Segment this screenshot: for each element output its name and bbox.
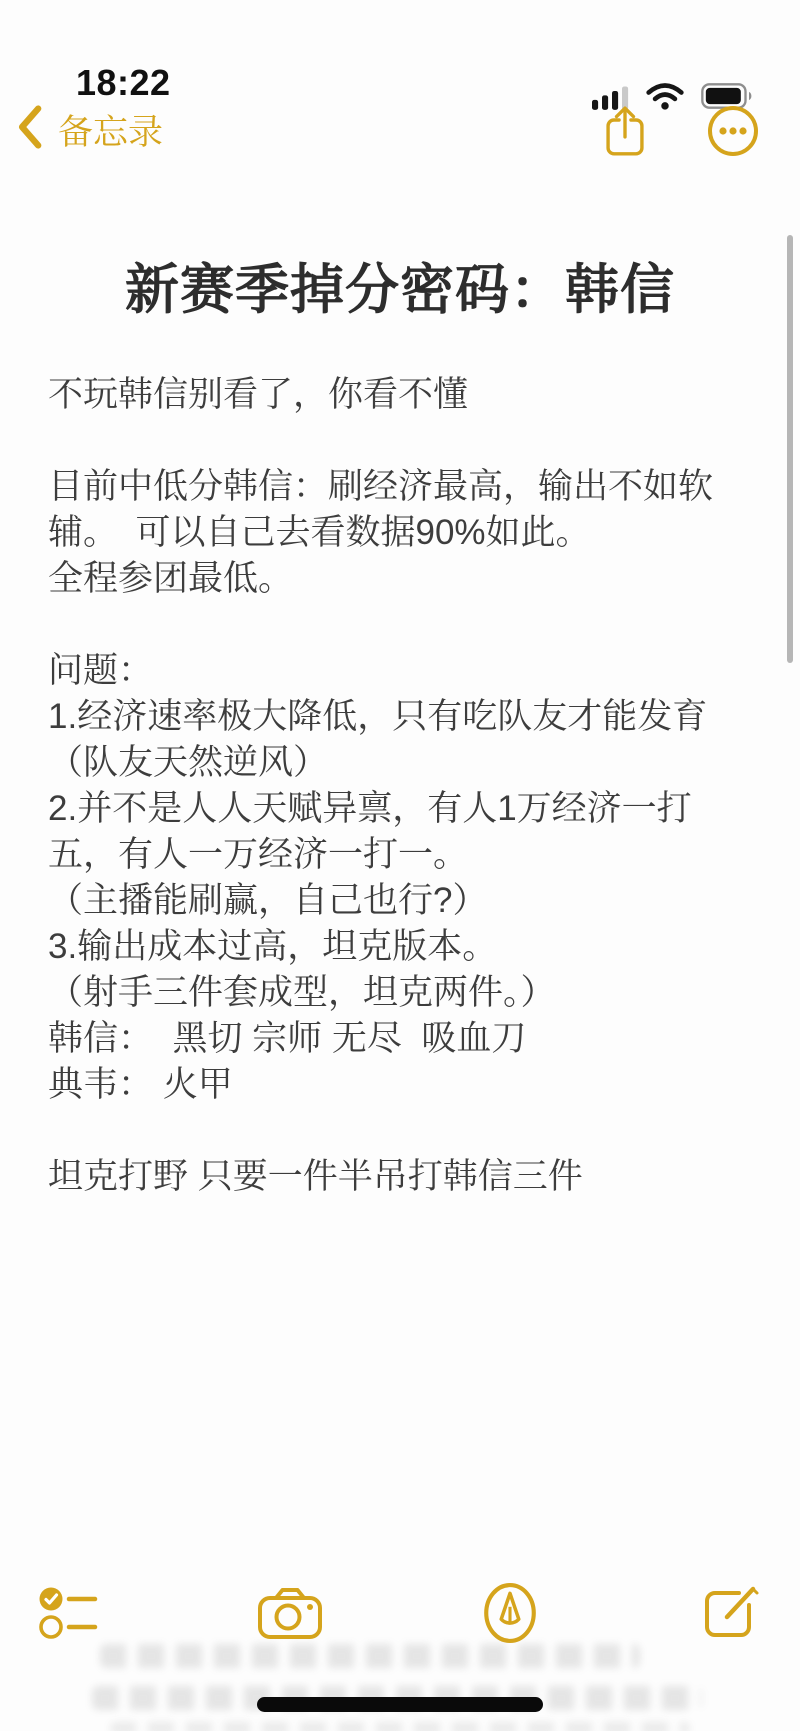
status-bar: 18:22 [0, 30, 800, 100]
home-indicator[interactable] [257, 1697, 543, 1712]
more-ellipsis-circle-icon [707, 105, 759, 162]
note-line: 辅。 可以自己去看数据90%如此。 [48, 510, 752, 556]
more-button[interactable] [704, 102, 762, 164]
bottom-toolbar [0, 1575, 800, 1655]
note-line [48, 1108, 752, 1154]
note-line: 问题： [48, 648, 752, 694]
note-editor[interactable]: 新赛季掉分密码：韩信 不玩韩信别看了，你看不懂 目前中低分韩信：刷经济最高，输出… [48, 165, 752, 1200]
checklist-icon [38, 1585, 100, 1646]
compose-new-note-icon [701, 1583, 761, 1648]
compose-button[interactable] [698, 1582, 764, 1648]
note-line: 典韦： 火甲 [48, 1062, 752, 1108]
note-line: 3.输出成本过高，坦克版本。 [48, 924, 752, 970]
camera-icon [257, 1585, 323, 1646]
note-line: （射手三件套成型，坦克两件。） [48, 970, 752, 1016]
share-button[interactable] [596, 102, 654, 164]
back-button[interactable]: 备忘录 [14, 104, 163, 155]
note-line [48, 602, 752, 648]
markup-pen-icon [482, 1582, 538, 1649]
blurred-note-text-ghost [110, 1722, 690, 1731]
note-line: 全程参团最低。 [48, 556, 752, 602]
note-line: （队友天然逆风） [48, 740, 752, 786]
note-line: 目前中低分韩信：刷经济最高，输出不如软 [48, 464, 752, 510]
scrollbar-thumb[interactable] [787, 235, 793, 663]
note-line: 五，有人一万经济一打一。 [48, 832, 752, 878]
note-line [48, 418, 752, 464]
camera-button[interactable] [257, 1582, 323, 1648]
note-body: 不玩韩信别看了，你看不懂 目前中低分韩信：刷经济最高，输出不如软辅。 可以自己去… [48, 372, 752, 1200]
note-line: （主播能刷赢，自己也行?） [48, 878, 752, 924]
note-line: 韩信： 黑切 宗师 无尽 吸血刀 [48, 1016, 752, 1062]
chevron-left-icon [14, 104, 44, 155]
markup-button[interactable] [477, 1582, 543, 1648]
note-line: 1.经济速率极大降低，只有吃队友才能发育 [48, 694, 752, 740]
note-line: 坦克打野 只要一件半吊打韩信三件 [48, 1154, 752, 1200]
checklist-button[interactable] [36, 1582, 102, 1648]
note-line: 不玩韩信别看了，你看不懂 [48, 372, 752, 418]
nav-bar: 备忘录 [0, 98, 800, 168]
note-title: 新赛季掉分密码：韩信 [48, 247, 752, 324]
share-icon [603, 102, 647, 165]
note-line: 2.并不是人人天赋异禀，有人1万经济一打 [48, 786, 752, 832]
back-button-label: 备忘录 [58, 105, 163, 155]
